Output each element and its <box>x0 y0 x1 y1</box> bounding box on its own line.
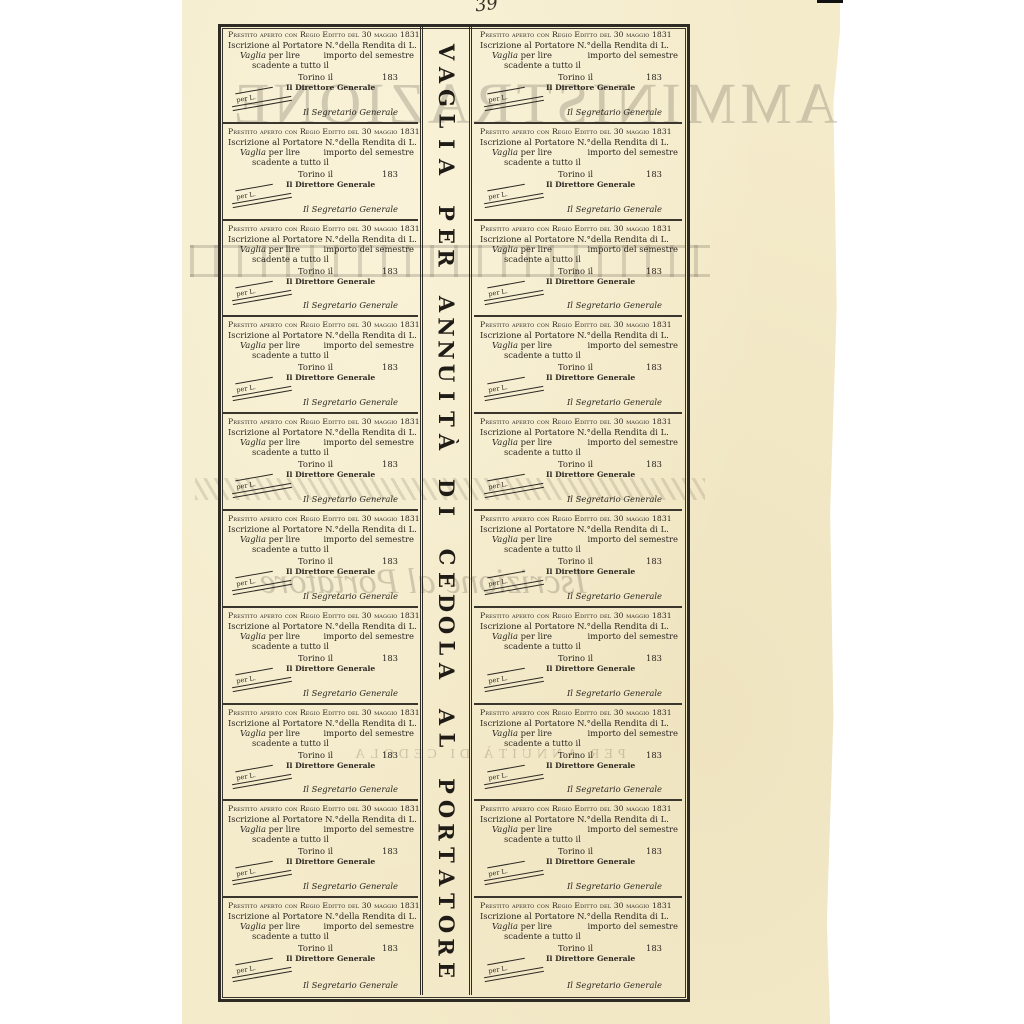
scadente-label: scadente a tutto il <box>228 60 414 70</box>
inscription-label: Iscrizione al Portatore N.° <box>228 330 339 340</box>
inscription-label: Iscrizione al Portatore N.° <box>228 814 339 824</box>
scadente-label: scadente a tutto il <box>480 447 678 457</box>
coupon-inscription-row: Iscrizione al Portatore N.° della Rendit… <box>480 621 678 631</box>
secretary-label: Il Segretario Generale <box>567 107 662 117</box>
inscription-label: Iscrizione al Portatore N.° <box>228 621 339 631</box>
importo-label: importo del semestre <box>323 244 414 254</box>
coupon-vaglia-row: Vaglia per lire importo del semestre <box>228 534 414 544</box>
importo-label: importo del semestre <box>323 147 414 157</box>
coupon-date-row: Torino il 183 <box>228 362 414 372</box>
coupon: Prestito aperto con Regio Editto del 30 … <box>474 511 682 608</box>
inscription-label: Iscrizione al Portatore N.° <box>480 911 591 921</box>
coupon-inscription-row: Iscrizione al Portatore N.° della Rendit… <box>480 137 678 147</box>
coupon: Prestito aperto con Regio Editto del 30 … <box>222 608 418 705</box>
title-letter: R <box>435 823 457 840</box>
title-letter: A <box>435 663 457 679</box>
importo-label: importo del semestre <box>587 728 678 738</box>
title-space <box>435 186 457 193</box>
secretary-label: Il Segretario Generale <box>303 107 398 117</box>
rendita-label: della Rendita di L. <box>591 330 669 340</box>
place-label: Torino il <box>298 72 333 82</box>
vaglia-label: Vaglia <box>240 147 266 157</box>
importo-label: importo del semestre <box>323 437 414 447</box>
per-lire-label: per lire <box>269 631 300 641</box>
coupon-vaglia-row: Vaglia per lire importo del semestre <box>228 631 414 641</box>
scadente-label: scadente a tutto il <box>228 157 414 167</box>
coupon-inscription-row: Iscrizione al Portatore N.° della Rendit… <box>228 40 414 50</box>
coupon-header: Prestito aperto con Regio Editto del 30 … <box>480 804 678 814</box>
place-label: Torino il <box>558 72 593 82</box>
coupon-vaglia-row: Vaglia per lire importo del semestre <box>228 437 414 447</box>
coupon-header: Prestito aperto con Regio Editto del 30 … <box>228 804 414 814</box>
scadente-label: scadente a tutto il <box>228 834 414 844</box>
vaglia-label: Vaglia <box>492 147 518 157</box>
secretary-label: Il Segretario Generale <box>567 494 662 504</box>
secretary-label: Il Segretario Generale <box>567 784 662 794</box>
coupon-header: Prestito aperto con Regio Editto del 30 … <box>480 417 678 427</box>
importo-label: importo del semestre <box>323 534 414 544</box>
importo-label: importo del semestre <box>323 340 414 350</box>
inscription-label: Iscrizione al Portatore N.° <box>480 621 591 631</box>
rendita-label: della Rendita di L. <box>591 621 669 631</box>
coupon: Prestito aperto con Regio Editto del 30 … <box>474 124 682 221</box>
rendita-label: della Rendita di L. <box>339 427 417 437</box>
rendita-label: della Rendita di L. <box>591 234 669 244</box>
vaglia-label: Vaglia <box>240 50 266 60</box>
coupon-date-row: Torino il 183 <box>480 362 678 372</box>
year-prefix: 183 <box>382 750 398 760</box>
importo-label: importo del semestre <box>323 50 414 60</box>
year-prefix: 183 <box>382 266 398 276</box>
rendita-label: della Rendita di L. <box>339 40 417 50</box>
coupon-inscription-row: Iscrizione al Portatore N.° della Rendit… <box>480 330 678 340</box>
coupon-inscription-row: Iscrizione al Portatore N.° della Rendit… <box>480 524 678 534</box>
place-label: Torino il <box>558 653 593 663</box>
title-letter: L <box>435 733 457 748</box>
coupon-inscription-row: Iscrizione al Portatore N.° della Rendit… <box>228 330 414 340</box>
per-lire-label: per lire <box>521 50 552 60</box>
coupon-date-row: Torino il 183 <box>228 846 414 856</box>
vaglia-label: Vaglia <box>240 534 266 544</box>
per-lire-label: per lire <box>269 728 300 738</box>
coupon: Prestito aperto con Regio Editto del 30 … <box>474 27 682 124</box>
coupon-header: Prestito aperto con Regio Editto del 30 … <box>480 708 678 718</box>
place-label: Torino il <box>298 943 333 953</box>
place-label: Torino il <box>298 653 333 663</box>
title-letter: D <box>435 593 457 611</box>
year-prefix: 183 <box>646 459 662 469</box>
coupon-vaglia-row: Vaglia per lire importo del semestre <box>480 147 678 157</box>
importo-label: importo del semestre <box>587 824 678 834</box>
year-prefix: 183 <box>382 653 398 663</box>
coupon-date-row: Torino il 183 <box>480 846 678 856</box>
coupon-header: Prestito aperto con Regio Editto del 30 … <box>228 224 414 234</box>
coupon-vaglia-row: Vaglia per lire importo del semestre <box>480 534 678 544</box>
importo-label: importo del semestre <box>323 824 414 834</box>
year-prefix: 183 <box>382 72 398 82</box>
per-lire-label: per lire <box>269 824 300 834</box>
title-letter: T <box>435 847 457 863</box>
title-letter: T <box>435 893 457 909</box>
per-lire-label: per lire <box>269 50 300 60</box>
title-letter: O <box>435 914 457 932</box>
rendita-label: della Rendita di L. <box>339 330 417 340</box>
title-letter: T <box>435 411 457 427</box>
year-prefix: 183 <box>646 943 662 953</box>
inscription-label: Iscrizione al Portatore N.° <box>228 40 339 50</box>
vaglia-label: Vaglia <box>492 244 518 254</box>
importo-label: importo del semestre <box>323 631 414 641</box>
inscription-label: Iscrizione al Portatore N.° <box>228 234 339 244</box>
title-letter: A <box>435 870 457 886</box>
per-lire-label: per lire <box>521 631 552 641</box>
vaglia-label: Vaglia <box>492 824 518 834</box>
coupon-inscription-row: Iscrizione al Portatore N.° della Rendit… <box>228 137 414 147</box>
place-label: Torino il <box>558 846 593 856</box>
scadente-label: scadente a tutto il <box>228 254 414 264</box>
per-lire-label: per lire <box>521 147 552 157</box>
coupon-header: Prestito aperto con Regio Editto del 30 … <box>480 127 678 137</box>
per-lire-label: per lire <box>269 921 300 931</box>
per-lire-label: per lire <box>521 728 552 738</box>
secretary-label: Il Segretario Generale <box>303 784 398 794</box>
inscription-label: Iscrizione al Portatore N.° <box>228 718 339 728</box>
inscription-label: Iscrizione al Portatore N.° <box>480 330 591 340</box>
secretary-label: Il Segretario Generale <box>303 397 398 407</box>
year-prefix: 183 <box>382 459 398 469</box>
per-lire-label: per lire <box>521 340 552 350</box>
place-label: Torino il <box>558 266 593 276</box>
secretary-label: Il Segretario Generale <box>303 494 398 504</box>
coupon-header: Prestito aperto con Regio Editto del 30 … <box>480 514 678 524</box>
title-letter: A <box>435 296 457 312</box>
title-letter: L <box>435 113 457 128</box>
per-lire-label: per lire <box>521 921 552 931</box>
left-coupon-column: Prestito aperto con Regio Editto del 30 … <box>222 27 418 995</box>
rendita-label: della Rendita di L. <box>339 911 417 921</box>
title-letter: V <box>435 44 457 60</box>
coupon: Prestito aperto con Regio Editto del 30 … <box>474 705 682 802</box>
coupon: Prestito aperto con Regio Editto del 30 … <box>222 801 418 898</box>
secretary-label: Il Segretario Generale <box>567 980 662 990</box>
secretary-label: Il Segretario Generale <box>303 591 398 601</box>
rendita-label: della Rendita di L. <box>339 234 417 244</box>
secretary-label: Il Segretario Generale <box>303 881 398 891</box>
title-letter: A <box>435 67 457 83</box>
vaglia-label: Vaglia <box>240 437 266 447</box>
title-letter: I <box>435 139 457 149</box>
inscription-label: Iscrizione al Portatore N.° <box>480 427 591 437</box>
year-prefix: 183 <box>382 846 398 856</box>
place-label: Torino il <box>298 846 333 856</box>
vaglia-label: Vaglia <box>240 824 266 834</box>
scadente-label: scadente a tutto il <box>480 738 678 748</box>
inscription-label: Iscrizione al Portatore N.° <box>228 911 339 921</box>
vaglia-label: Vaglia <box>240 728 266 738</box>
importo-label: importo del semestre <box>587 244 678 254</box>
title-letter: À <box>435 434 457 450</box>
inscription-label: Iscrizione al Portatore N.° <box>228 137 339 147</box>
rendita-label: della Rendita di L. <box>339 524 417 534</box>
scadente-label: scadente a tutto il <box>228 931 414 941</box>
secretary-label: Il Segretario Generale <box>567 397 662 407</box>
coupon-header: Prestito aperto con Regio Editto del 30 … <box>228 320 414 330</box>
coupon-inscription-row: Iscrizione al Portatore N.° della Rendit… <box>228 621 414 631</box>
year-prefix: 183 <box>382 362 398 372</box>
coupon-header: Prestito aperto con Regio Editto del 30 … <box>480 224 678 234</box>
year-prefix: 183 <box>382 556 398 566</box>
coupon-vaglia-row: Vaglia per lire importo del semestre <box>480 824 678 834</box>
coupon-inscription-row: Iscrizione al Portatore N.° della Rendit… <box>480 40 678 50</box>
coupon-vaglia-row: Vaglia per lire importo del semestre <box>228 50 414 60</box>
coupon-inscription-row: Iscrizione al Portatore N.° della Rendit… <box>480 234 678 244</box>
year-prefix: 183 <box>646 266 662 276</box>
coupon-header: Prestito aperto con Regio Editto del 30 … <box>228 708 414 718</box>
coupon-date-row: Torino il 183 <box>480 556 678 566</box>
coupon: Prestito aperto con Regio Editto del 30 … <box>222 124 418 221</box>
title-letter: E <box>435 227 457 243</box>
secretary-label: Il Segretario Generale <box>567 204 662 214</box>
coupon: Prestito aperto con Regio Editto del 30 … <box>222 511 418 608</box>
coupon-date-row: Torino il 183 <box>228 459 414 469</box>
coupon-date-row: Torino il 183 <box>480 169 678 179</box>
per-lire-label: per lire <box>269 244 300 254</box>
inscription-label: Iscrizione al Portatore N.° <box>480 234 591 244</box>
coupon-date-row: Torino il 183 <box>480 653 678 663</box>
vaglia-label: Vaglia <box>492 728 518 738</box>
coupon-header: Prestito aperto con Regio Editto del 30 … <box>228 30 414 40</box>
coupon-vaglia-row: Vaglia per lire importo del semestre <box>228 921 414 931</box>
coupon-date-row: Torino il 183 <box>480 266 678 276</box>
per-lire-label: per lire <box>269 340 300 350</box>
title-letter: E <box>435 572 457 588</box>
coupon-vaglia-row: Vaglia per lire importo del semestre <box>480 340 678 350</box>
coupon-inscription-row: Iscrizione al Portatore N.° della Rendit… <box>228 718 414 728</box>
coupon-header: Prestito aperto con Regio Editto del 30 … <box>480 901 678 911</box>
year-prefix: 183 <box>646 556 662 566</box>
coupon: Prestito aperto con Regio Editto del 30 … <box>474 608 682 705</box>
place-label: Torino il <box>298 266 333 276</box>
scadente-label: scadente a tutto il <box>480 60 678 70</box>
rendita-label: della Rendita di L. <box>339 621 417 631</box>
coupon: Prestito aperto con Regio Editto del 30 … <box>474 801 682 898</box>
place-label: Torino il <box>558 943 593 953</box>
year-prefix: 183 <box>646 750 662 760</box>
per-lire-label: per lire <box>521 824 552 834</box>
title-letter: A <box>435 159 457 175</box>
title-letter: I <box>435 391 457 401</box>
coupon: Prestito aperto con Regio Editto del 30 … <box>474 317 682 414</box>
title-letter: O <box>435 616 457 634</box>
title-space <box>435 691 457 698</box>
scadente-label: scadente a tutto il <box>228 544 414 554</box>
coupon-vaglia-row: Vaglia per lire importo del semestre <box>228 824 414 834</box>
secretary-label: Il Segretario Generale <box>567 881 662 891</box>
coupon-header: Prestito aperto con Regio Editto del 30 … <box>480 320 678 330</box>
year-prefix: 183 <box>646 362 662 372</box>
title-letter: C <box>435 548 457 565</box>
coupon-inscription-row: Iscrizione al Portatore N.° della Rendit… <box>480 814 678 824</box>
coupon-date-row: Torino il 183 <box>228 943 414 953</box>
title-letter: E <box>435 961 457 977</box>
coupon-inscription-row: Iscrizione al Portatore N.° della Rendit… <box>228 234 414 244</box>
importo-label: importo del semestre <box>587 534 678 544</box>
scadente-label: scadente a tutto il <box>480 544 678 554</box>
title-space <box>435 530 457 537</box>
year-prefix: 183 <box>646 653 662 663</box>
scadente-label: scadente a tutto il <box>480 641 678 651</box>
coupon-vaglia-row: Vaglia per lire importo del semestre <box>228 147 414 157</box>
rendita-label: della Rendita di L. <box>339 137 417 147</box>
coupon-vaglia-row: Vaglia per lire importo del semestre <box>228 244 414 254</box>
title-letter: R <box>435 938 457 955</box>
coupon: Prestito aperto con Regio Editto del 30 … <box>222 705 418 802</box>
coupon-header: Prestito aperto con Regio Editto del 30 … <box>480 30 678 40</box>
coupon-vaglia-row: Vaglia per lire importo del semestre <box>480 437 678 447</box>
coupon-vaglia-row: Vaglia per lire importo del semestre <box>480 244 678 254</box>
coupon-date-row: Torino il 183 <box>480 459 678 469</box>
per-lire-label: per lire <box>521 244 552 254</box>
coupon-header: Prestito aperto con Regio Editto del 30 … <box>228 514 414 524</box>
coupon-date-row: Torino il 183 <box>228 169 414 179</box>
year-prefix: 183 <box>646 169 662 179</box>
per-lire-label: per lire <box>269 147 300 157</box>
place-label: Torino il <box>558 169 593 179</box>
scadente-label: scadente a tutto il <box>480 834 678 844</box>
vaglia-label: Vaglia <box>240 921 266 931</box>
secretary-label: Il Segretario Generale <box>303 688 398 698</box>
coupon-vaglia-row: Vaglia per lire importo del semestre <box>480 728 678 738</box>
coupon-vaglia-row: Vaglia per lire importo del semestre <box>480 921 678 931</box>
inscription-label: Iscrizione al Portatore N.° <box>480 718 591 728</box>
secretary-label: Il Segretario Generale <box>303 204 398 214</box>
coupon: Prestito aperto con Regio Editto del 30 … <box>222 414 418 511</box>
coupon-header: Prestito aperto con Regio Editto del 30 … <box>228 127 414 137</box>
title-space <box>435 461 457 468</box>
coupon-vaglia-row: Vaglia per lire importo del semestre <box>228 728 414 738</box>
title-letter: D <box>435 479 457 497</box>
importo-label: importo del semestre <box>323 728 414 738</box>
rendita-label: della Rendita di L. <box>591 137 669 147</box>
place-label: Torino il <box>298 459 333 469</box>
rendita-label: della Rendita di L. <box>591 814 669 824</box>
coupon-date-row: Torino il 183 <box>228 266 414 276</box>
coupon: Prestito aperto con Regio Editto del 30 … <box>474 414 682 511</box>
place-label: Torino il <box>558 459 593 469</box>
rendita-label: della Rendita di L. <box>591 524 669 534</box>
title-space <box>435 278 457 285</box>
coupon-header: Prestito aperto con Regio Editto del 30 … <box>228 901 414 911</box>
place-label: Torino il <box>298 169 333 179</box>
coupon: Prestito aperto con Regio Editto del 30 … <box>222 317 418 414</box>
year-prefix: 183 <box>382 169 398 179</box>
right-coupon-column: Prestito aperto con Regio Editto del 30 … <box>474 27 682 995</box>
vaglia-label: Vaglia <box>492 631 518 641</box>
title-letter: L <box>435 641 457 656</box>
coupon-date-row: Torino il 183 <box>480 943 678 953</box>
rendita-label: della Rendita di L. <box>591 40 669 50</box>
title-letter: I <box>435 506 457 516</box>
inscription-label: Iscrizione al Portatore N.° <box>228 427 339 437</box>
vertical-title: VAGLIA PER ANNUITÀ DI CEDOLA AL PORTATOR… <box>423 27 469 995</box>
title-letter: N <box>435 341 457 360</box>
coupon-inscription-row: Iscrizione al Portatore N.° della Rendit… <box>228 524 414 534</box>
secretary-label: Il Segretario Generale <box>567 300 662 310</box>
importo-label: importo del semestre <box>587 50 678 60</box>
importo-label: importo del semestre <box>587 340 678 350</box>
coupon-date-row: Torino il 183 <box>480 750 678 760</box>
place-label: Torino il <box>558 750 593 760</box>
place-label: Torino il <box>298 556 333 566</box>
secretary-label: Il Segretario Generale <box>567 688 662 698</box>
coupon-inscription-row: Iscrizione al Portatore N.° della Rendit… <box>480 427 678 437</box>
vaglia-label: Vaglia <box>492 340 518 350</box>
per-lire-label: per lire <box>521 437 552 447</box>
scadente-label: scadente a tutto il <box>228 641 414 651</box>
scan-edge-bar <box>817 0 843 3</box>
scadente-label: scadente a tutto il <box>228 350 414 360</box>
coupon-date-row: Torino il 183 <box>228 556 414 566</box>
year-prefix: 183 <box>382 943 398 953</box>
coupon: Prestito aperto con Regio Editto del 30 … <box>222 27 418 124</box>
year-prefix: 183 <box>646 846 662 856</box>
importo-label: importo del semestre <box>323 921 414 931</box>
importo-label: importo del semestre <box>587 437 678 447</box>
secretary-label: Il Segretario Generale <box>303 980 398 990</box>
scadente-label: scadente a tutto il <box>480 254 678 264</box>
coupon-inscription-row: Iscrizione al Portatore N.° della Rendit… <box>228 427 414 437</box>
inscription-label: Iscrizione al Portatore N.° <box>480 524 591 534</box>
coupon: Prestito aperto con Regio Editto del 30 … <box>222 221 418 318</box>
place-label: Torino il <box>558 362 593 372</box>
rendita-label: della Rendita di L. <box>591 718 669 728</box>
place-label: Torino il <box>558 556 593 566</box>
title-letter: N <box>435 318 457 337</box>
per-lire-label: per lire <box>269 534 300 544</box>
vaglia-label: Vaglia <box>492 50 518 60</box>
scadente-label: scadente a tutto il <box>480 350 678 360</box>
scadente-label: scadente a tutto il <box>228 447 414 457</box>
scadente-label: scadente a tutto il <box>480 157 678 167</box>
coupon-header: Prestito aperto con Regio Editto del 30 … <box>228 611 414 621</box>
vaglia-label: Vaglia <box>492 534 518 544</box>
coupon-header: Prestito aperto con Regio Editto del 30 … <box>480 611 678 621</box>
coupon-date-row: Torino il 183 <box>228 750 414 760</box>
coupon-inscription-row: Iscrizione al Portatore N.° della Rendit… <box>480 911 678 921</box>
title-letter: U <box>435 364 457 382</box>
inscription-label: Iscrizione al Portatore N.° <box>480 137 591 147</box>
rendita-label: della Rendita di L. <box>591 427 669 437</box>
vaglia-label: Vaglia <box>492 437 518 447</box>
vaglia-label: Vaglia <box>240 340 266 350</box>
rendita-label: della Rendita di L. <box>339 814 417 824</box>
per-lire-label: per lire <box>269 437 300 447</box>
per-lire-label: per lire <box>521 534 552 544</box>
inscription-label: Iscrizione al Portatore N.° <box>480 40 591 50</box>
title-letter: R <box>435 250 457 267</box>
vaglia-label: Vaglia <box>240 244 266 254</box>
title-letter: G <box>435 89 457 107</box>
place-label: Torino il <box>298 362 333 372</box>
coupon: Prestito aperto con Regio Editto del 30 … <box>474 221 682 318</box>
coupon-vaglia-row: Vaglia per lire importo del semestre <box>228 340 414 350</box>
vaglia-label: Vaglia <box>492 921 518 931</box>
title-letter: O <box>435 800 457 818</box>
coupon-vaglia-row: Vaglia per lire importo del semestre <box>480 631 678 641</box>
vaglia-label: Vaglia <box>240 631 266 641</box>
coupon-header: Prestito aperto con Regio Editto del 30 … <box>228 417 414 427</box>
coupon-vaglia-row: Vaglia per lire importo del semestre <box>480 50 678 60</box>
